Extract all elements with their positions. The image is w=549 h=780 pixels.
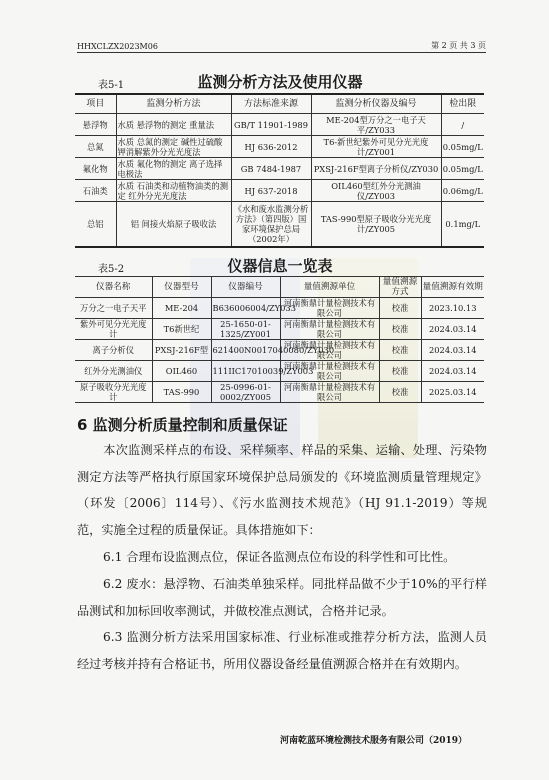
measure-item-6-1: 6.1 合理布设监测点位，保证各监测点位布设的科学性和可比性。 bbox=[77, 544, 487, 571]
instrument-cell: ME-204型万分之一电子天平/ZY033 bbox=[311, 114, 441, 136]
column-header: 项目 bbox=[75, 94, 116, 114]
model-cell: ME-204 bbox=[152, 298, 211, 319]
name-cell: 红外分光测油仪 bbox=[75, 361, 152, 382]
intro-text: 本次监测采样点的布设、采样频率、样品的采集、运输、处理、污染物测定方法等严格执行… bbox=[77, 443, 487, 537]
valid-cell: 2024.03.14 bbox=[421, 361, 484, 382]
item-cell: 总铝 bbox=[75, 202, 116, 248]
table-row: 红外分光测油仪 OIL460 111IIC17010039/ZY003 河南衡鼎… bbox=[75, 361, 484, 382]
column-header: 检出限 bbox=[441, 94, 484, 114]
table2-caption: 表5-2 仪器信息一览表 bbox=[75, 258, 485, 276]
standard-cell: GB 7484-1987 bbox=[231, 158, 311, 180]
serial-cell: 25-0996-01-0002/ZY005 bbox=[211, 382, 280, 403]
table-row: 万分之一电子天平 ME-204 B636006004/ZY033 河南衡鼎计量检… bbox=[75, 298, 484, 319]
table1-title: 监测分析方法及使用仪器 bbox=[75, 71, 485, 92]
section-heading: 6 监测分析质量控制和质量保证 bbox=[77, 414, 288, 435]
mode-cell: 校准 bbox=[379, 382, 421, 403]
item-cell: 石油类 bbox=[75, 180, 116, 202]
table-header-row: 项目 监测分析方法 方法标准来源 监测分析仪器及编号 检出限 bbox=[75, 94, 484, 114]
page-header: HHXCLZX2023M06 第 2 页 共 3 页 bbox=[77, 39, 486, 53]
limit-cell: 0.06mg/L bbox=[441, 180, 484, 202]
method-cell: 水质 悬浮物的测定 重量法 bbox=[116, 114, 231, 136]
standard-cell: GB/T 11901-1989 bbox=[231, 114, 311, 136]
instrument-cell: PXSJ-216F型离子分析仪/ZY030 bbox=[311, 158, 441, 180]
item-cell: 氟化物 bbox=[75, 158, 116, 180]
section-intro-paragraph: 本次监测采样点的布设、采样频率、样品的采集、运输、处理、污染物测定方法等严格执行… bbox=[77, 437, 487, 543]
item-cell: 悬浮物 bbox=[75, 114, 116, 136]
limit-cell: 0.05mg/L bbox=[441, 136, 484, 158]
column-header: 仪器编号 bbox=[211, 277, 280, 298]
column-header: 监测分析仪器及编号 bbox=[311, 94, 441, 114]
table1-caption: 表5-1 监测分析方法及使用仪器 bbox=[75, 74, 485, 92]
table2-title: 仪器信息一览表 bbox=[75, 255, 485, 276]
table-row: 紫外可见分光光度计 T6新世纪 25-1650-01-1325/ZY001 河南… bbox=[75, 319, 484, 340]
column-header: 仪器名称 bbox=[75, 277, 152, 298]
measure-text: 6.3 监测分析方法采用国家标准、行业标准或推荐分析方法，监测人员经过考核并持有… bbox=[77, 630, 487, 671]
method-cell: 水质 氟化物的测定 离子选择电极法 bbox=[116, 158, 231, 180]
measure-text: 6.2 废水：悬浮物、石油类单独采样。同批样品做不少于10%的平行样品测试和加标… bbox=[77, 577, 487, 618]
limit-cell: 0.1mg/L bbox=[441, 202, 484, 248]
unit-cell: 河南衡鼎计量检测技术有限公司 bbox=[280, 382, 379, 403]
table-row: 石油类 水质 石油类和动植物油类的测定 红外分光光度法 HJ 637-2018 … bbox=[75, 180, 484, 202]
mode-cell: 校准 bbox=[379, 340, 421, 361]
company-footer: 河南乾蓝环境检测技术服务有限公司（2019） bbox=[280, 733, 467, 746]
method-cell: 水质 石油类和动植物油类的测定 红外分光光度法 bbox=[116, 180, 231, 202]
table-header-row: 仪器名称 仪器型号 仪器编号 量值溯源单位 量值溯源方式 量值溯源有效期 bbox=[75, 277, 484, 298]
valid-cell: 2024.03.14 bbox=[421, 319, 484, 340]
valid-cell: 2024.03.14 bbox=[421, 340, 484, 361]
valid-cell: 2023.10.13 bbox=[421, 298, 484, 319]
page-number: 第 2 页 共 3 页 bbox=[431, 40, 486, 52]
column-header: 量值溯源单位 bbox=[280, 277, 379, 298]
valid-cell: 2025.03.14 bbox=[421, 382, 484, 403]
name-cell: 紫外可见分光光度计 bbox=[75, 319, 152, 340]
document-id: HHXCLZX2023M06 bbox=[77, 42, 158, 52]
method-cell: 水质 总氮的测定 碱性过硫酸钾消解紫外分光光度法 bbox=[116, 136, 231, 158]
limit-cell: / bbox=[441, 114, 484, 136]
instrument-info-table: 仪器名称 仪器型号 仪器编号 量值溯源单位 量值溯源方式 量值溯源有效期 万分之… bbox=[75, 276, 484, 403]
serial-cell: 111IIC17010039/ZY003 bbox=[211, 361, 280, 382]
model-cell: TAS-990 bbox=[152, 382, 211, 403]
table-row: 原子吸收分光光度计 TAS-990 25-0996-01-0002/ZY005 … bbox=[75, 382, 484, 403]
measure-item-6-3: 6.3 监测分析方法采用国家标准、行业标准或推荐分析方法，监测人员经过考核并持有… bbox=[77, 624, 487, 677]
model-cell: T6新世纪 bbox=[152, 319, 211, 340]
table-row: 悬浮物 水质 悬浮物的测定 重量法 GB/T 11901-1989 ME-204… bbox=[75, 114, 484, 136]
limit-cell: 0.05mg/L bbox=[441, 158, 484, 180]
table-row: 总氮 水质 总氮的测定 碱性过硫酸钾消解紫外分光光度法 HJ 636-2012 … bbox=[75, 136, 484, 158]
standard-cell: HJ 636-2012 bbox=[231, 136, 311, 158]
column-header: 方法标准来源 bbox=[231, 94, 311, 114]
unit-cell: 河南衡鼎计量检测技术有限公司 bbox=[280, 319, 379, 340]
mode-cell: 校准 bbox=[379, 319, 421, 340]
column-header: 量值溯源有效期 bbox=[421, 277, 484, 298]
measure-text: 6.1 合理布设监测点位，保证各监测点位布设的科学性和可比性。 bbox=[103, 550, 455, 564]
standard-cell: HJ 637-2018 bbox=[231, 180, 311, 202]
item-cell: 总氮 bbox=[75, 136, 116, 158]
name-cell: 离子分析仪 bbox=[75, 340, 152, 361]
mode-cell: 校准 bbox=[379, 298, 421, 319]
model-cell: OIL460 bbox=[152, 361, 211, 382]
table-row: 离子分析仪 PXSJ-216F型 621400N0017040080/ZY030… bbox=[75, 340, 484, 361]
model-cell: PXSJ-216F型 bbox=[152, 340, 211, 361]
table-row: 总铝 铝 间接火焰原子吸收法 《水和废水监测分析方法》（第四版）国家环境保护总局… bbox=[75, 202, 484, 248]
analysis-method-table: 项目 监测分析方法 方法标准来源 监测分析仪器及编号 检出限 悬浮物 水质 悬浮… bbox=[75, 93, 484, 248]
instrument-cell: T6-新世纪紫外可见分光光度计/ZY001 bbox=[311, 136, 441, 158]
method-cell: 铝 间接火焰原子吸收法 bbox=[116, 202, 231, 248]
mode-cell: 校准 bbox=[379, 361, 421, 382]
name-cell: 原子吸收分光光度计 bbox=[75, 382, 152, 403]
table-row: 氟化物 水质 氟化物的测定 离子选择电极法 GB 7484-1987 PXSJ-… bbox=[75, 158, 484, 180]
measure-item-6-2: 6.2 废水：悬浮物、石油类单独采样。同批样品做不少于10%的平行样品测试和加标… bbox=[77, 571, 487, 624]
instrument-cell: TAS-990型原子吸收分光光度计/ZY005 bbox=[311, 202, 441, 248]
column-header: 量值溯源方式 bbox=[379, 277, 421, 298]
serial-cell: B636006004/ZY033 bbox=[211, 298, 280, 319]
column-header: 监测分析方法 bbox=[116, 94, 231, 114]
name-cell: 万分之一电子天平 bbox=[75, 298, 152, 319]
instrument-cell: OIL460型红外分光测油仪/ZY003 bbox=[311, 180, 441, 202]
column-header: 仪器型号 bbox=[152, 277, 211, 298]
serial-cell: 621400N0017040080/ZY030 bbox=[211, 340, 280, 361]
standard-cell: 《水和废水监测分析方法》（第四版）国家环境保护总局（2002年） bbox=[231, 202, 311, 248]
serial-cell: 25-1650-01-1325/ZY001 bbox=[211, 319, 280, 340]
